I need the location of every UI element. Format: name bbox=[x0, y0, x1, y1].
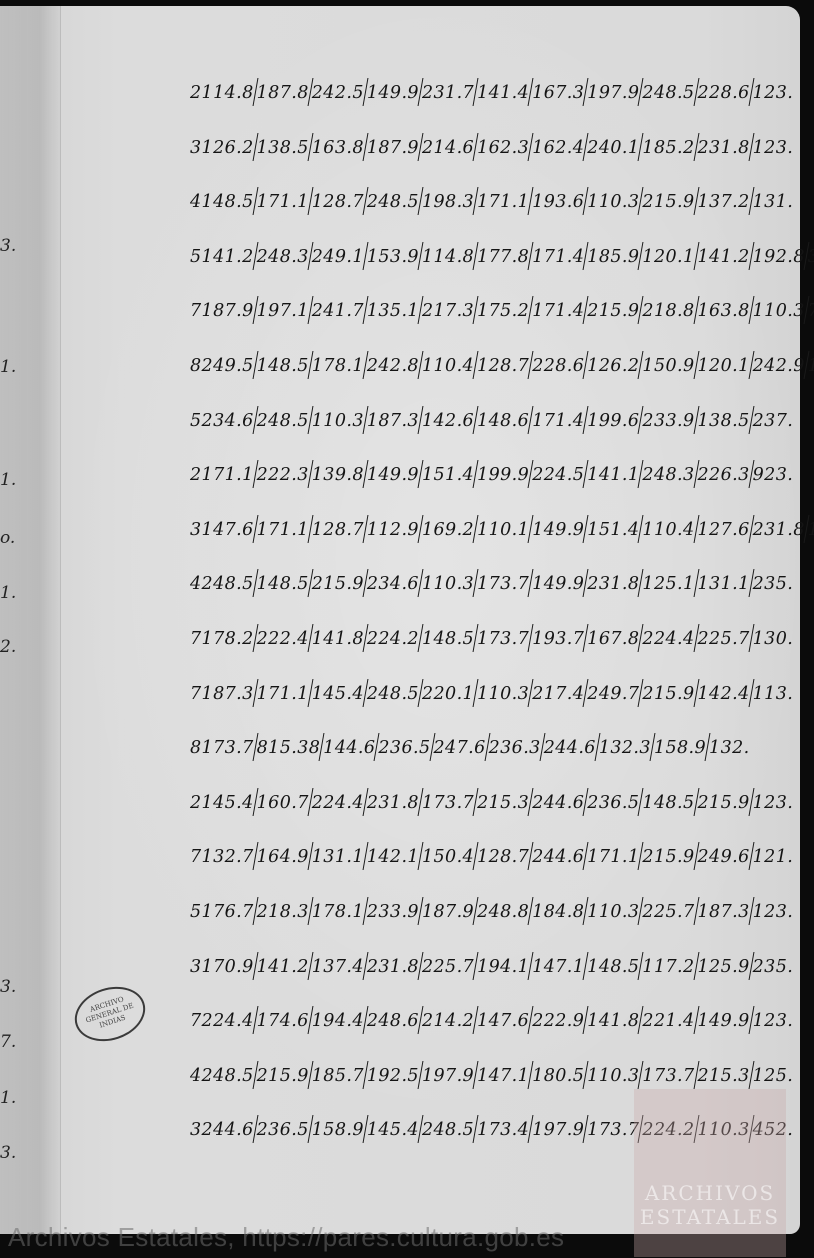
table-cell: 225.7 bbox=[642, 897, 694, 927]
table-cell: 167.8 bbox=[587, 624, 639, 654]
table-cell: 4148.5 bbox=[190, 187, 254, 217]
table-cell: 163.8 bbox=[698, 296, 750, 326]
table-cell: 231.8 bbox=[367, 788, 419, 818]
table-cell: 215.9 bbox=[257, 1061, 309, 1091]
table-cell: 4248.5 bbox=[190, 569, 254, 599]
table-row: 4248.5148.5215.9234.6110.3173.7149.9231.… bbox=[190, 569, 800, 624]
table-cell: 199.6 bbox=[587, 406, 639, 436]
table-cell: 142.6 bbox=[422, 406, 474, 436]
table-cell: 110.3 bbox=[587, 187, 639, 217]
table-row: 2114.8187.8242.5149.9231.7141.4167.3197.… bbox=[190, 78, 800, 133]
table-cell: 231.8 bbox=[587, 569, 639, 599]
table-cell: 215.9 bbox=[698, 788, 750, 818]
watermark-footer: Archivos Estatales, https://pares.cultur… bbox=[8, 1222, 564, 1253]
table-cell: 7187.3 bbox=[190, 679, 254, 709]
table-cell: 197.9 bbox=[587, 78, 639, 108]
table-cell: 123. bbox=[753, 788, 794, 818]
table-row: 7187.3171.1145.4248.5220.1110.3217.4249.… bbox=[190, 679, 800, 734]
table-cell: 110.3 bbox=[477, 679, 529, 709]
table-cell: 141.4 bbox=[477, 78, 529, 108]
margin-fragment: 2. bbox=[0, 637, 16, 657]
table-cell: 221.4 bbox=[642, 1006, 694, 1036]
table-cell: 160.7 bbox=[257, 788, 309, 818]
table-cell: 226.3 bbox=[698, 460, 750, 490]
table-cell: 225.7 bbox=[698, 624, 750, 654]
table-cell: 178.1 bbox=[312, 897, 364, 927]
table-cell: 148.5 bbox=[257, 351, 309, 381]
margin-fragment: 3. bbox=[0, 236, 16, 256]
table-row: 5176.7218.3178.1233.9187.9248.8184.8110.… bbox=[190, 897, 800, 952]
table-cell: 248.5 bbox=[367, 679, 419, 709]
table-cell: 193.6 bbox=[532, 187, 584, 217]
table-cell: 241.7 bbox=[312, 296, 364, 326]
table-cell: 148.5 bbox=[422, 624, 474, 654]
table-cell: 148.6 bbox=[477, 406, 529, 436]
table-cell: 215.3 bbox=[477, 788, 529, 818]
table-row: 2171.1222.3139.8149.9151.4199.9224.5141.… bbox=[190, 460, 800, 515]
table-cell: 169.2 bbox=[422, 515, 474, 545]
table-cell: 126.2 bbox=[587, 351, 639, 381]
table-cell: 237. bbox=[753, 406, 794, 436]
table-cell: 2114.8 bbox=[190, 78, 254, 108]
table-cell: 228.6 bbox=[698, 78, 750, 108]
table-cell: 110.3 bbox=[422, 569, 474, 599]
table-cell: 141.8 bbox=[312, 624, 364, 654]
table-cell: 224.2 bbox=[367, 624, 419, 654]
table-cell: 248.5 bbox=[367, 187, 419, 217]
table-cell: 149.9 bbox=[532, 569, 584, 599]
table-cell: 120.1 bbox=[698, 351, 750, 381]
table-cell: 167.3 bbox=[532, 78, 584, 108]
table-cell: 114.8 bbox=[422, 242, 474, 272]
table-cell: 162.4 bbox=[532, 133, 584, 163]
margin-fragment: 1. bbox=[0, 583, 16, 603]
manuscript-page: 3.1.1.o.1.2.3.7.1.3. 2114.8187.8242.5149… bbox=[0, 6, 800, 1234]
table-cell: 3244.6 bbox=[190, 1115, 254, 1145]
table-cell: 248.5 bbox=[422, 1115, 474, 1145]
table-cell: 171.1 bbox=[477, 187, 529, 217]
margin-fragment: 3. bbox=[0, 1143, 16, 1163]
table-cell: 5176.7 bbox=[190, 897, 254, 927]
table-row: 7132.7164.9131.1142.1150.4128.7244.6171.… bbox=[190, 842, 800, 897]
table-cell: 132.3 bbox=[599, 733, 651, 763]
table-cell: 141.2 bbox=[257, 952, 309, 982]
table-cell: 151.4 bbox=[422, 460, 474, 490]
table-cell: 248.3 bbox=[257, 242, 309, 272]
table-cell: 164.9 bbox=[257, 842, 309, 872]
table-cell: 173.7 bbox=[642, 1061, 694, 1091]
table-cell: 110.3 bbox=[312, 406, 364, 436]
table-cell: 187.3 bbox=[698, 897, 750, 927]
table-cell: 158.9 bbox=[312, 1115, 364, 1145]
table-cell: 218.8 bbox=[642, 296, 694, 326]
table-row: 5141.2248.3249.1153.9114.8177.8171.4185.… bbox=[190, 242, 800, 297]
stamp-text: ARCHIVO GENERAL DE INDIAS bbox=[85, 995, 135, 1029]
table-cell: 228.6 bbox=[532, 351, 584, 381]
table-cell: 141.1 bbox=[587, 460, 639, 490]
table-cell: 218.3 bbox=[257, 897, 309, 927]
table-cell: 135.1 bbox=[367, 296, 419, 326]
table-cell: 171.1 bbox=[587, 842, 639, 872]
table-cell: 231.7 bbox=[422, 78, 474, 108]
table-cell: 132. bbox=[709, 733, 750, 763]
table-row: 4148.5171.1128.7248.5198.3171.1193.6110.… bbox=[190, 187, 800, 242]
archive-stamp: ARCHIVO GENERAL DE INDIAS bbox=[68, 978, 153, 1050]
margin-fragment: 3. bbox=[0, 977, 16, 997]
table-cell: 123. bbox=[753, 897, 794, 927]
table-cell: 175.2 bbox=[477, 296, 529, 326]
table-cell: 123. bbox=[753, 1006, 794, 1036]
table-cell: 187.9 bbox=[422, 897, 474, 927]
table-cell: 163.8 bbox=[312, 133, 364, 163]
table-cell: 235. bbox=[753, 952, 794, 982]
table-cell: 2171.1 bbox=[190, 460, 254, 490]
table-cell: 242.9 bbox=[753, 351, 805, 381]
table-cell: 141.2 bbox=[698, 242, 750, 272]
table-row: 5234.6248.5110.3187.3142.6148.6171.4199.… bbox=[190, 406, 800, 461]
table-cell: 923. bbox=[753, 460, 794, 490]
table-cell: 171.4 bbox=[532, 242, 584, 272]
table-cell: 7178.2 bbox=[190, 624, 254, 654]
archive-logo-watermark: ARCHIVOS ESTATALES bbox=[634, 1089, 786, 1257]
table-cell: 128.7 bbox=[477, 351, 529, 381]
table-cell: 215.9 bbox=[312, 569, 364, 599]
table-cell: 242.8 bbox=[367, 351, 419, 381]
table-cell: 197.1 bbox=[257, 296, 309, 326]
number-table: 2114.8187.8242.5149.9231.7141.4167.3197.… bbox=[190, 78, 800, 1170]
table-cell: 138.5 bbox=[257, 133, 309, 163]
table-row: 3126.2138.5163.8187.9214.6162.3162.4240.… bbox=[190, 133, 800, 188]
table-cell: 732. bbox=[808, 296, 814, 326]
table-row: 7178.2222.4141.8224.2148.5173.7193.7167.… bbox=[190, 624, 800, 679]
table-cell: 248.8 bbox=[477, 897, 529, 927]
table-cell: 123. bbox=[753, 78, 794, 108]
table-cell: 171.1 bbox=[257, 187, 309, 217]
table-cell: 187.8 bbox=[257, 78, 309, 108]
table-cell: 236.5 bbox=[257, 1115, 309, 1145]
table-cell: 242.5 bbox=[312, 78, 364, 108]
table-cell: 162.3 bbox=[477, 133, 529, 163]
table-cell: 222.3 bbox=[257, 460, 309, 490]
table-cell: 145.4 bbox=[312, 679, 364, 709]
table-cell: 184.8 bbox=[532, 897, 584, 927]
margin-fragment: 1. bbox=[0, 470, 16, 490]
table-cell: 171.4 bbox=[532, 296, 584, 326]
table-cell: 248.5 bbox=[642, 78, 694, 108]
table-cell: 149.9 bbox=[532, 515, 584, 545]
table-cell: 249.7 bbox=[587, 679, 639, 709]
logo-line-2: ESTATALES bbox=[640, 1205, 780, 1229]
table-cell: 138.5 bbox=[698, 406, 750, 436]
table-cell: 110.3 bbox=[753, 296, 805, 326]
table-cell: 147.1 bbox=[532, 952, 584, 982]
table-cell: 151.4 bbox=[587, 515, 639, 545]
table-cell: 137.4 bbox=[312, 952, 364, 982]
table-cell: 215.9 bbox=[642, 679, 694, 709]
table-row: 7224.4174.6194.4248.6214.2147.6222.9141.… bbox=[190, 1006, 800, 1061]
table-cell: 224.5 bbox=[532, 460, 584, 490]
table-cell: 131.1 bbox=[698, 569, 750, 599]
table-cell: 222.9 bbox=[532, 1006, 584, 1036]
table-cell: 147.1 bbox=[477, 1061, 529, 1091]
table-cell: 236.3 bbox=[489, 733, 541, 763]
table-cell: 222.4 bbox=[257, 624, 309, 654]
table-cell: 127.6 bbox=[698, 515, 750, 545]
table-cell: 231.8 bbox=[367, 952, 419, 982]
table-cell: 121. bbox=[753, 842, 794, 872]
table-cell: 173.7 bbox=[422, 788, 474, 818]
table-cell: 131. bbox=[753, 187, 794, 217]
table-cell: 233.9 bbox=[367, 897, 419, 927]
table-cell: 815.38 bbox=[257, 733, 321, 763]
table-cell: 142.4 bbox=[698, 679, 750, 709]
table-cell: 145.4 bbox=[367, 1115, 419, 1145]
table-cell: 217.4 bbox=[532, 679, 584, 709]
table-row: 8173.7815.38144.6236.5247.6236.3244.6132… bbox=[190, 733, 800, 788]
table-cell: 199.9 bbox=[477, 460, 529, 490]
table-cell: 158.9 bbox=[654, 733, 706, 763]
table-cell: 214.2 bbox=[422, 1006, 474, 1036]
table-cell: 110.3 bbox=[587, 1061, 639, 1091]
table-cell: 139.8 bbox=[312, 460, 364, 490]
table-cell: 215.3 bbox=[698, 1061, 750, 1091]
table-cell: 249.1 bbox=[312, 242, 364, 272]
table-cell: 148.5 bbox=[587, 952, 639, 982]
table-cell: 248.5 bbox=[257, 406, 309, 436]
table-cell: 192.5 bbox=[367, 1061, 419, 1091]
table-cell: 220.1 bbox=[422, 679, 474, 709]
table-cell: 148.5 bbox=[257, 569, 309, 599]
table-cell: 149.9 bbox=[698, 1006, 750, 1036]
table-cell: 173.7 bbox=[477, 624, 529, 654]
table-cell: 173.7 bbox=[587, 1115, 639, 1145]
table-cell: 192.8 bbox=[753, 242, 805, 272]
table-cell: 130. bbox=[753, 624, 794, 654]
table-cell: 2145.4 bbox=[190, 788, 254, 818]
table-cell: 8249.5 bbox=[190, 351, 254, 381]
table-cell: 7224.4 bbox=[190, 1006, 254, 1036]
table-cell: 150.9 bbox=[642, 351, 694, 381]
table-cell: 110.3 bbox=[587, 897, 639, 927]
table-cell: 149.9 bbox=[367, 78, 419, 108]
table-cell: 110.1 bbox=[477, 515, 529, 545]
table-cell: 248.6 bbox=[367, 1006, 419, 1036]
table-row: 8249.5148.5178.1242.8110.4128.7228.6126.… bbox=[190, 351, 800, 406]
margin-fragment: 7. bbox=[0, 1032, 16, 1052]
table-cell: 117.2 bbox=[642, 952, 694, 982]
table-cell: 247.6 bbox=[434, 733, 486, 763]
table-cell: 147.6 bbox=[477, 1006, 529, 1036]
table-cell: 197.9 bbox=[422, 1061, 474, 1091]
table-cell: 185.2 bbox=[642, 133, 694, 163]
table-row: 2145.4160.7224.4231.8173.7215.3244.6236.… bbox=[190, 788, 800, 843]
table-cell: 153.9 bbox=[367, 242, 419, 272]
table-cell: 187.3 bbox=[367, 406, 419, 436]
table-cell: 113. bbox=[753, 679, 794, 709]
table-cell: 131.1 bbox=[312, 842, 364, 872]
table-cell: 125. bbox=[753, 1061, 794, 1091]
table-cell: 225.7 bbox=[422, 952, 474, 982]
table-cell: 120.1 bbox=[642, 242, 694, 272]
logo-line-1: ARCHIVOS bbox=[634, 1089, 786, 1205]
margin-fragment: 1. bbox=[0, 1088, 16, 1108]
table-cell: 180.5 bbox=[532, 1061, 584, 1091]
table-row: 7187.9197.1241.7135.1217.3175.2171.4215.… bbox=[190, 296, 800, 351]
table-cell: 149.9 bbox=[367, 460, 419, 490]
table-cell: 5234.6 bbox=[190, 406, 254, 436]
table-cell: 171.1 bbox=[257, 679, 309, 709]
table-cell: 217.3 bbox=[422, 296, 474, 326]
table-cell: 235. bbox=[753, 569, 794, 599]
table-cell: 236.5 bbox=[587, 788, 639, 818]
table-cell: 240.1 bbox=[587, 133, 639, 163]
table-cell: 173.4 bbox=[477, 1115, 529, 1145]
table-cell: 215.9 bbox=[642, 842, 694, 872]
table-cell: 174.6 bbox=[257, 1006, 309, 1036]
table-cell: 142.1 bbox=[367, 842, 419, 872]
table-cell: 171.1 bbox=[257, 515, 309, 545]
table-cell: 178.1 bbox=[312, 351, 364, 381]
table-row: 3147.6171.1128.7112.9169.2110.1149.9151.… bbox=[190, 515, 800, 570]
table-cell: 8173.7 bbox=[190, 733, 254, 763]
table-cell: 231.8 bbox=[698, 133, 750, 163]
table-cell: 5141.2 bbox=[190, 242, 254, 272]
table-cell: 233.9 bbox=[642, 406, 694, 436]
table-cell: 123. bbox=[753, 133, 794, 163]
table-cell: 244.6 bbox=[544, 733, 596, 763]
margin-fragment: o. bbox=[0, 528, 15, 548]
table-cell: 194.1 bbox=[477, 952, 529, 982]
table-cell: 112.9 bbox=[367, 515, 419, 545]
table-cell: 148.5 bbox=[642, 788, 694, 818]
table-cell: 110.4 bbox=[422, 351, 474, 381]
table-cell: 187.9 bbox=[367, 133, 419, 163]
table-cell: 110.4 bbox=[642, 515, 694, 545]
table-cell: 193.7 bbox=[532, 624, 584, 654]
margin-fragment: 1. bbox=[0, 357, 16, 377]
table-cell: 215.9 bbox=[642, 187, 694, 217]
table-cell: 4248.5 bbox=[190, 1061, 254, 1091]
table-cell: 128.7 bbox=[477, 842, 529, 872]
table-cell: 244.6 bbox=[532, 842, 584, 872]
table-cell: 141.8 bbox=[587, 1006, 639, 1036]
table-cell: 249.6 bbox=[698, 842, 750, 872]
table-cell: 128.7 bbox=[312, 187, 364, 217]
table-cell: 144.6 bbox=[323, 733, 375, 763]
table-cell: 198.3 bbox=[422, 187, 474, 217]
table-cell: 128.7 bbox=[312, 515, 364, 545]
table-cell: 137.2 bbox=[698, 187, 750, 217]
table-cell: 3147.6 bbox=[190, 515, 254, 545]
table-cell: 194.4 bbox=[312, 1006, 364, 1036]
table-cell: 7187.9 bbox=[190, 296, 254, 326]
table-cell: 177.8 bbox=[477, 242, 529, 272]
table-cell: 3126.2 bbox=[190, 133, 254, 163]
table-cell: 236.5 bbox=[378, 733, 430, 763]
table-cell: 224.4 bbox=[642, 624, 694, 654]
table-cell: 234.6 bbox=[367, 569, 419, 599]
table-cell: 214.6 bbox=[422, 133, 474, 163]
table-cell: 173.7 bbox=[477, 569, 529, 599]
table-cell: 197.9 bbox=[532, 1115, 584, 1145]
table-cell: 185.9 bbox=[587, 242, 639, 272]
table-cell: 248.3 bbox=[642, 460, 694, 490]
table-cell: 150.4 bbox=[422, 842, 474, 872]
table-cell: 125.1 bbox=[642, 569, 694, 599]
table-cell: 215.9 bbox=[587, 296, 639, 326]
table-cell: 244.6 bbox=[532, 788, 584, 818]
table-cell: 171.4 bbox=[532, 406, 584, 436]
table-cell: 231.8 bbox=[753, 515, 805, 545]
table-row: 3170.9141.2137.4231.8225.7194.1147.1148.… bbox=[190, 952, 800, 1007]
table-cell: 7132.7 bbox=[190, 842, 254, 872]
table-cell: 125.9 bbox=[698, 952, 750, 982]
table-cell: 3170.9 bbox=[190, 952, 254, 982]
table-cell: 185.7 bbox=[312, 1061, 364, 1091]
table-cell: 224.4 bbox=[312, 788, 364, 818]
